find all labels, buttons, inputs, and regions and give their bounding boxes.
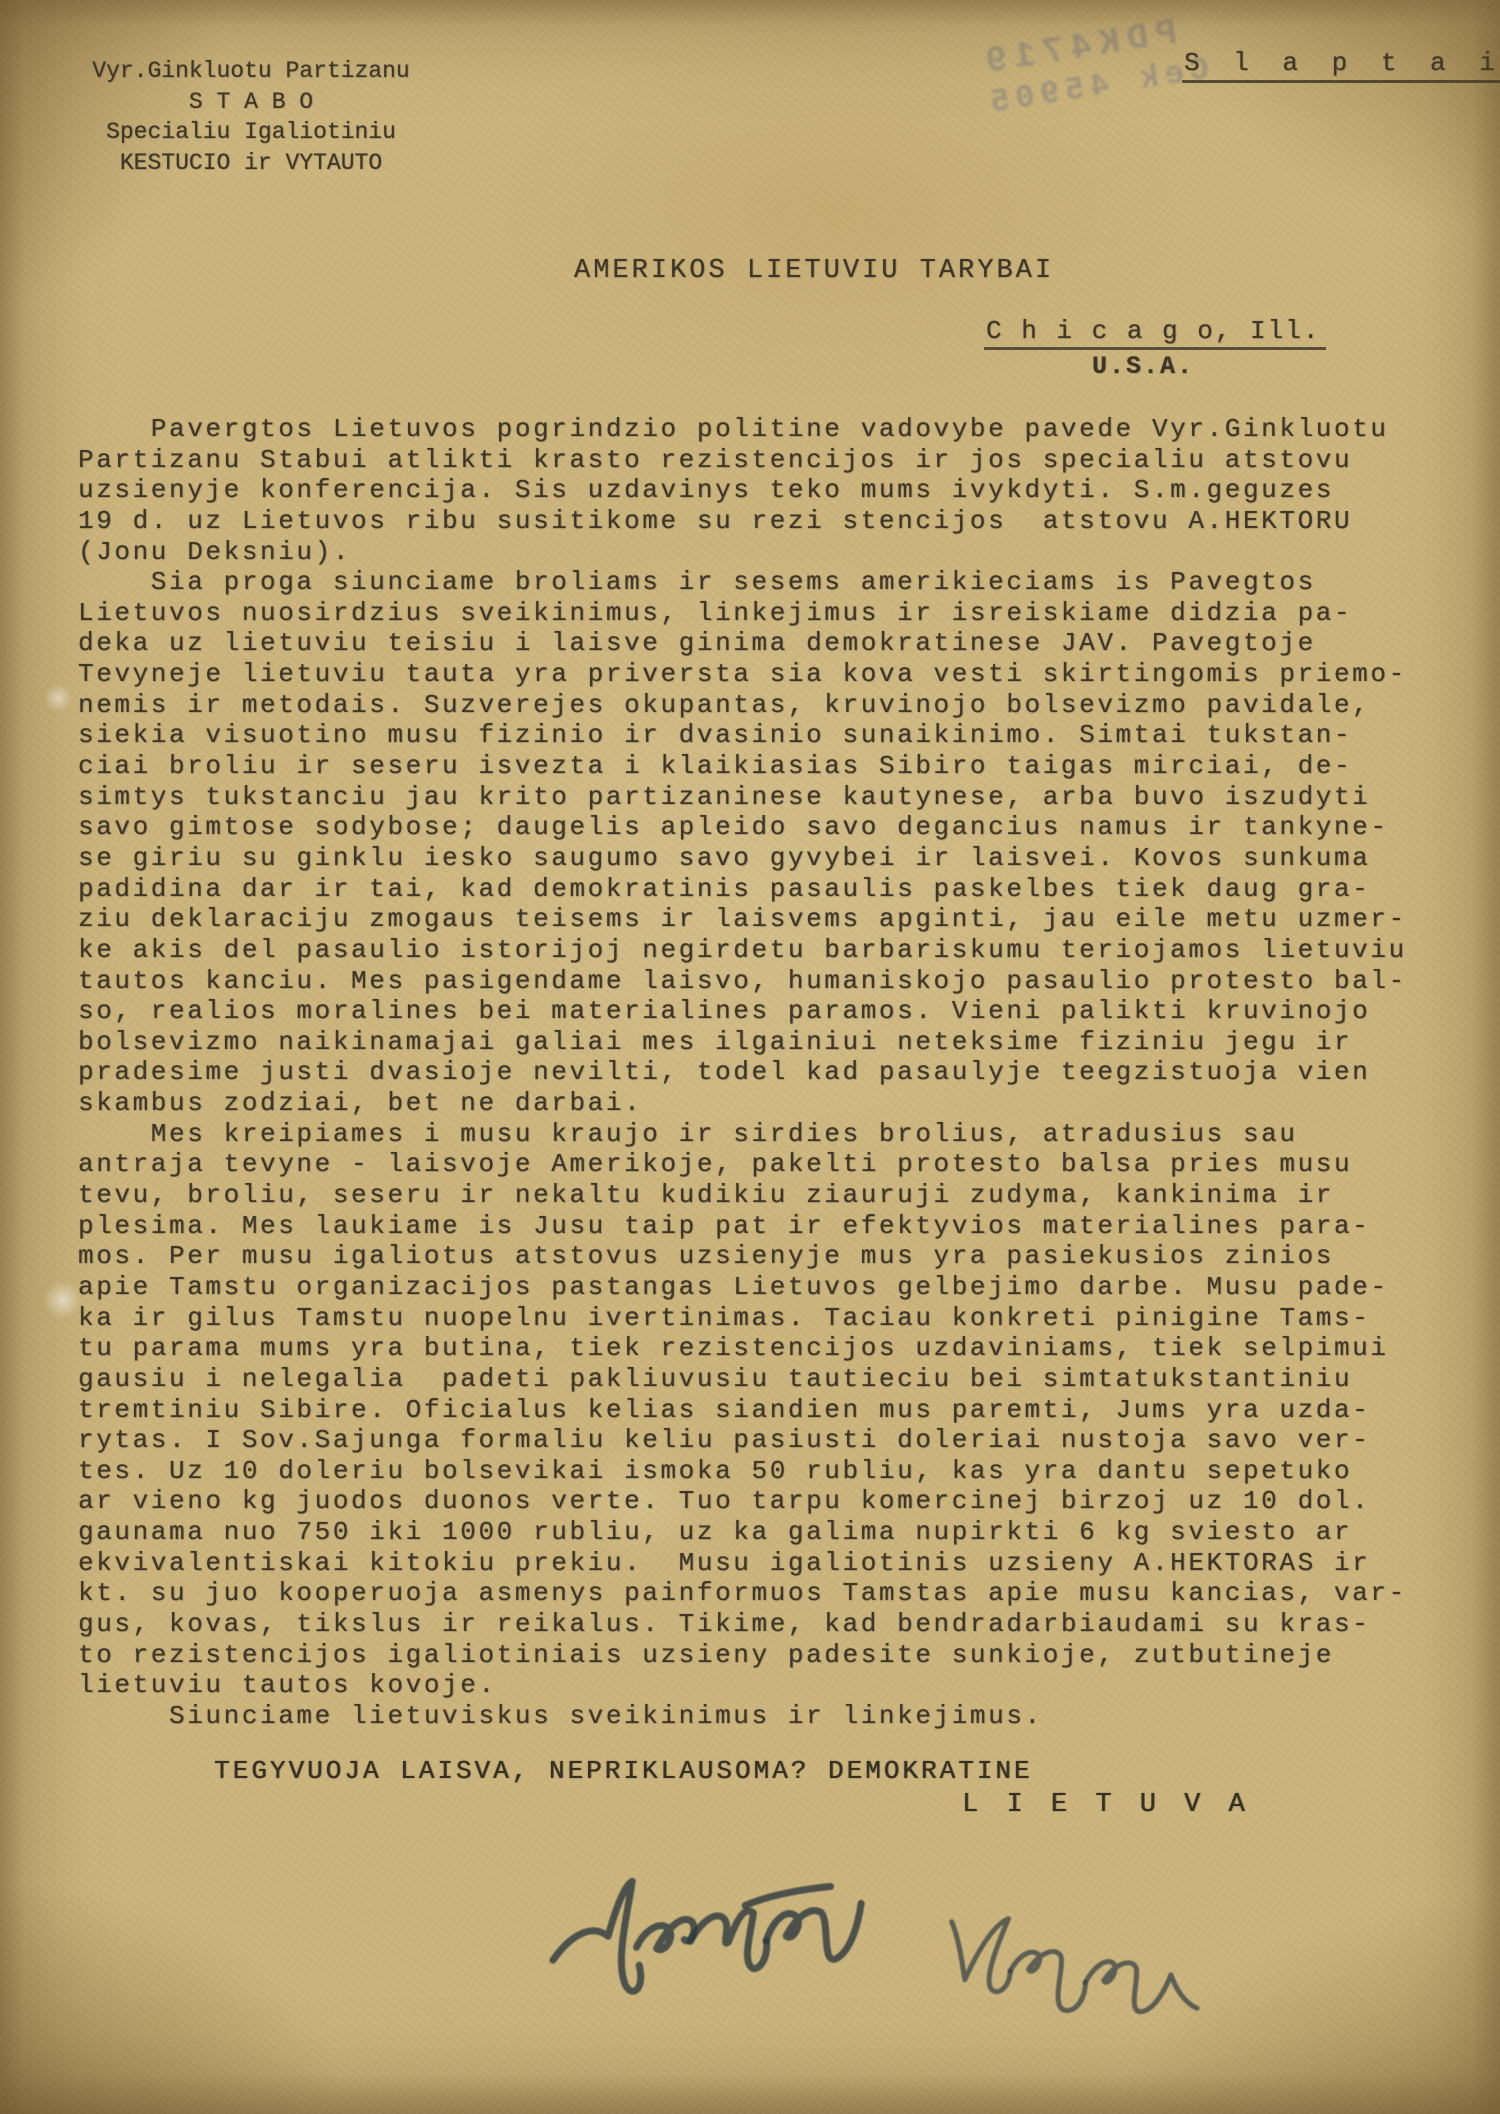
text-line: lietuviu tautos kovoje.: [78, 1670, 1488, 1701]
paragraph-4: Siunciame lietuviskus sveikinimus ir lin…: [78, 1701, 1488, 1732]
text-line: deka uz lietuviu teisiu i laisve ginima …: [78, 628, 1488, 659]
text-line: Vyr.Ginkluotu Partizanu: [78, 58, 424, 89]
text-line: mos. Per musu igaliotus atstovus uzsieny…: [78, 1241, 1488, 1272]
text-line: rytas. I Sov.Sajunga formaliu keliu pasi…: [78, 1425, 1488, 1456]
text-line: S T A B O: [78, 89, 424, 120]
text-line: savo gimtose sodybose; daugelis apleido …: [78, 812, 1488, 843]
text-line: Pavergtos Lietuvos pogrindzio politine v…: [78, 414, 1488, 445]
classification-label: S l a p t a i: [1182, 48, 1500, 83]
text-line: simtys tukstanciu jau krito partizanines…: [78, 782, 1488, 813]
text-line: (Jonu Deksniu).: [78, 537, 1488, 568]
letter-body: Pavergtos Lietuvos pogrindzio politine v…: [78, 414, 1488, 1732]
text-line: Mes kreipiames i musu kraujo ir sirdies …: [78, 1119, 1488, 1150]
text-line: Partizanu Stabui atlikti krasto rezisten…: [78, 445, 1488, 476]
text-line: apie Tamstu organizacijos pastangas Liet…: [78, 1272, 1488, 1303]
text-line: padidina dar ir tai, kad demokratinis pa…: [78, 874, 1488, 905]
text-line: se giriu su ginklu iesko saugumo savo gy…: [78, 843, 1488, 874]
scanned-letter-page: { "document": { "classification": "S l a…: [0, 0, 1500, 2114]
text-line: antraja tevyne - laisvoje Amerikoje, pak…: [78, 1149, 1488, 1180]
text-line: to rezistencijos igaliotiniais uzsieny p…: [78, 1640, 1488, 1671]
text-line: ke akis del pasaulio istorijoj negirdetu…: [78, 935, 1488, 966]
signature-vytautas: [931, 1881, 1234, 2040]
bleed-through-stamp: PDK4719 Cek 45905: [818, 12, 1186, 147]
text-line: tes. Uz 10 doleriu bolsevikai ismoka 50 …: [78, 1456, 1488, 1487]
text-line: ciai broliu ir seseru isvezta i klaikias…: [78, 751, 1488, 782]
text-line: siekia visuotino musu fizinio ir dvasini…: [78, 720, 1488, 751]
text-line: ka ir gilus Tamstu nuopelnu ivertinimas.…: [78, 1303, 1488, 1334]
text-line: tevu, broliu, seseru ir nekaltu kudikiu …: [78, 1180, 1488, 1211]
text-line: skambus zodziai, bet ne darbai.: [78, 1088, 1488, 1119]
text-line: uzsienyje konferencija. Sis uzdavinys te…: [78, 475, 1488, 506]
letterhead: Vyr.Ginkluotu PartizanuS T A B OSpeciali…: [78, 58, 424, 181]
text-line: pradesime justi dvasioje nevilti, todel …: [78, 1057, 1488, 1088]
text-line: plesima. Mes laukiame is Jusu taip pat i…: [78, 1211, 1488, 1242]
text-line: tautos kanciu. Mes pasigendame laisvo, h…: [78, 966, 1488, 997]
recipient-title: AMERIKOS LIETUVIU TARYBAI: [574, 256, 1054, 286]
text-line: gus, kovas, tikslus ir reikalus. Tikime,…: [78, 1609, 1488, 1640]
closing-slogan-line1: TEGYVUOJA LAISVA, NEPRIKLAUSOMA? DEMOKRA…: [214, 1756, 1033, 1786]
text-line: Lietuvos nuosirdzius sveikinimus, linkej…: [78, 598, 1488, 629]
paragraph-1: Pavergtos Lietuvos pogrindzio politine v…: [78, 414, 1488, 567]
paragraph-3: Mes kreipiames i musu kraujo ir sirdies …: [78, 1119, 1488, 1701]
address-country: U.S.A.: [1092, 352, 1194, 381]
text-line: Sia proga siunciame broliams ir sesems a…: [78, 567, 1488, 598]
text-line: tremtiniu Sibire. Oficialus kelias siand…: [78, 1395, 1488, 1426]
address-city: C h i c a g o, Ill.: [984, 316, 1326, 350]
signature-kestutis: [537, 1841, 923, 2019]
text-line: so, realios moralines bei materialines p…: [78, 996, 1488, 1027]
text-line: ziu deklaraciju zmogaus teisems ir laisv…: [78, 904, 1488, 935]
text-line: 19 d. uz Lietuvos ribu susitikome su rez…: [78, 506, 1488, 537]
text-line: tu parama mums yra butina, tiek rezisten…: [78, 1333, 1488, 1364]
text-line: ar vieno kg juodos duonos verte. Tuo tar…: [78, 1486, 1488, 1517]
text-line: kt. su juo kooperuoja asmenys painformuo…: [78, 1578, 1488, 1609]
text-line: gausiu i nelegalia padeti pakliuvusiu ta…: [78, 1364, 1488, 1395]
text-line: Siunciame lietuviskus sveikinimus ir lin…: [78, 1701, 1488, 1732]
text-line: KESTUCIO ir VYTAUTO: [78, 150, 424, 181]
text-line: Specialiu Igaliotiniu: [78, 119, 424, 150]
closing-slogan-line2: L I E T U V A: [962, 1790, 1251, 1820]
text-line: Tevyneje lietuviu tauta yra priversta si…: [78, 659, 1488, 690]
paragraph-2: Sia proga siunciame broliams ir sesems a…: [78, 567, 1488, 1119]
text-line: gaunama nuo 750 iki 1000 rubliu, uz ka g…: [78, 1517, 1488, 1548]
text-line: nemis ir metodais. Suzverejes okupantas,…: [78, 690, 1488, 721]
text-line: bolsevizmo naikinamajai galiai mes ilgai…: [78, 1027, 1488, 1058]
text-line: ekvivalentiskai kitokiu prekiu. Musu iga…: [78, 1548, 1488, 1579]
